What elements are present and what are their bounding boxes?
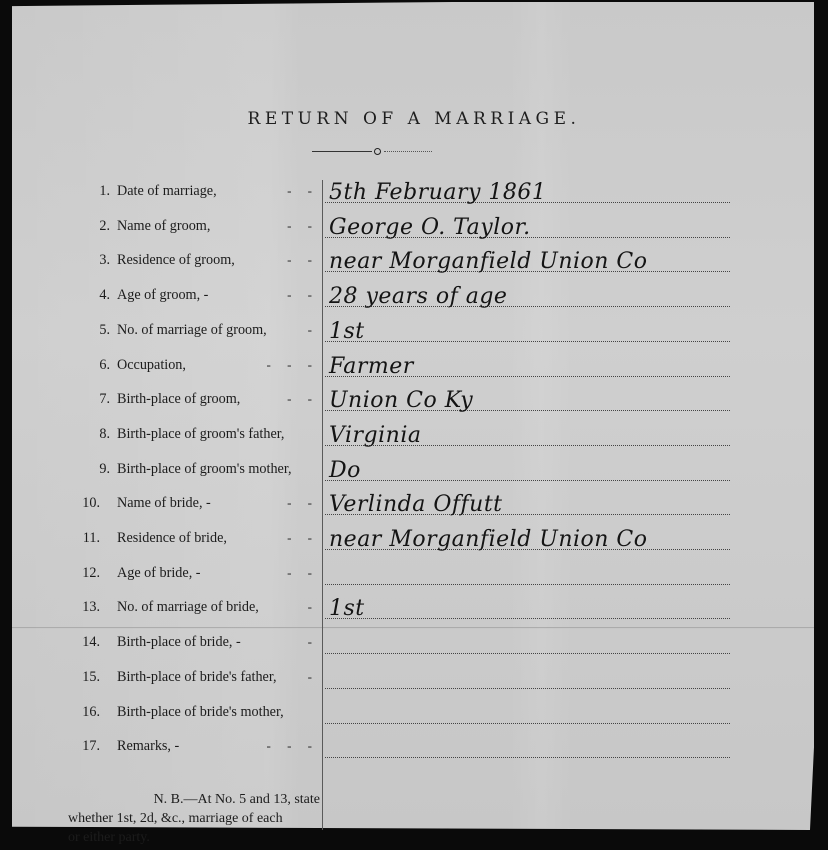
- handwritten-value: 5th February 1861: [329, 180, 546, 205]
- field-label-row: 2.Name of groom,- -: [0, 218, 318, 240]
- nb-footnote: N. B.—At No. 5 and 13, state whether 1st…: [80, 790, 320, 847]
- handwritten-value: George O. Taylor.: [329, 215, 531, 240]
- field-label: Name of bride, -: [117, 495, 211, 512]
- field-leader-dashes: - - -: [267, 738, 313, 754]
- field-leader-dashes: - -: [287, 565, 312, 581]
- field-number: 11.: [76, 530, 100, 547]
- field-label-row: 1.Date of marriage,- -: [0, 183, 318, 205]
- field-label: Birth-place of groom,: [117, 391, 240, 408]
- field-entry-line[interactable]: near Morganfield Union Co: [325, 242, 730, 272]
- field-label: Residence of groom,: [117, 252, 235, 269]
- dotted-rule: [325, 618, 730, 619]
- nb-line-2: whether 1st, 2d, &c., marriage of each: [68, 809, 320, 828]
- field-leader-dashes: -: [308, 322, 312, 338]
- handwritten-value: Verlinda Offutt: [329, 492, 503, 517]
- field-label: No. of marriage of groom,: [117, 322, 267, 339]
- field-number: 15.: [76, 669, 100, 686]
- field-label: Birth-place of bride's father,: [117, 669, 277, 686]
- field-number: 8.: [86, 426, 110, 443]
- field-label: Birth-place of groom's mother,: [117, 461, 292, 478]
- field-label-row: 17.Remarks, -- - -: [0, 738, 318, 760]
- field-label: Birth-place of bride, -: [117, 634, 241, 651]
- field-entry-line[interactable]: Virginia: [325, 416, 730, 446]
- dotted-rule: [325, 688, 730, 689]
- field-entry-line[interactable]: George O. Taylor.: [325, 208, 730, 238]
- field-number: 17.: [76, 738, 100, 755]
- field-entry-line[interactable]: 1st: [325, 589, 730, 619]
- field-number: 9.: [86, 461, 110, 478]
- field-label-row: 16.Birth-place of bride's mother,: [0, 704, 318, 726]
- field-entry-line[interactable]: 1st: [325, 312, 730, 342]
- field-label-row: 4.Age of groom, -- -: [0, 287, 318, 309]
- handwritten-value: Virginia: [329, 423, 422, 448]
- field-number: 6.: [86, 357, 110, 374]
- field-label: Residence of bride,: [117, 530, 227, 547]
- field-label-row: 8.Birth-place of groom's father,: [0, 426, 318, 448]
- dotted-rule: [325, 480, 730, 481]
- field-entry-line[interactable]: 5th February 1861: [325, 173, 730, 203]
- field-label-row: 11.Residence of bride,- -: [0, 530, 318, 552]
- field-leader-dashes: - -: [287, 252, 312, 268]
- field-label: Date of marriage,: [117, 183, 217, 200]
- field-leader-dashes: -: [308, 634, 312, 650]
- field-number: 12.: [76, 565, 100, 582]
- dotted-rule: [325, 723, 730, 724]
- field-number: 10.: [76, 495, 100, 512]
- field-label: Age of groom, -: [117, 287, 208, 304]
- field-label-row: 9.Birth-place of groom's mother,: [0, 461, 318, 483]
- dotted-rule: [325, 584, 730, 585]
- field-label-row: 15.Birth-place of bride's father,-: [0, 669, 318, 691]
- field-number: 5.: [86, 322, 110, 339]
- field-label: Name of groom,: [117, 218, 210, 235]
- column-divider: [322, 180, 323, 830]
- field-leader-dashes: - -: [287, 287, 312, 303]
- field-leader-dashes: -: [308, 669, 312, 685]
- field-number: 2.: [86, 218, 110, 235]
- handwritten-value: near Morganfield Union Co: [329, 249, 648, 274]
- field-entry-line[interactable]: near Morganfield Union Co: [325, 520, 730, 550]
- handwritten-value: 28 years of age: [329, 284, 507, 309]
- field-leader-dashes: - -: [287, 218, 312, 234]
- field-entry-line[interactable]: Union Co Ky: [325, 381, 730, 411]
- field-entry-line[interactable]: [325, 659, 730, 689]
- field-label-row: 12.Age of bride, -- -: [0, 565, 318, 587]
- field-leader-dashes: - -: [287, 495, 312, 511]
- field-leader-dashes: - -: [287, 183, 312, 199]
- field-label: Age of bride, -: [117, 565, 201, 582]
- field-entry-line[interactable]: Do: [325, 451, 730, 481]
- field-label-row: 14.Birth-place of bride, --: [0, 634, 318, 656]
- field-number: 16.: [76, 704, 100, 721]
- dotted-rule: [325, 653, 730, 654]
- nb-line-1: N. B.—At No. 5 and 13, state: [80, 790, 320, 809]
- handwritten-value: Union Co Ky: [329, 388, 473, 413]
- field-number: 13.: [76, 599, 100, 616]
- field-label-row: 10.Name of bride, -- -: [0, 495, 318, 517]
- dotted-rule: [325, 757, 730, 758]
- field-number: 7.: [86, 391, 110, 408]
- field-number: 14.: [76, 634, 100, 651]
- field-label-row: 13.No. of marriage of bride,-: [0, 599, 318, 621]
- handwritten-value: Do: [329, 458, 361, 483]
- field-label-row: 3.Residence of groom,- -: [0, 252, 318, 274]
- field-label-row: 6.Occupation,- - -: [0, 357, 318, 379]
- field-number: 1.: [86, 183, 110, 200]
- field-label: Occupation,: [117, 357, 186, 374]
- field-label: Remarks, -: [117, 738, 179, 755]
- field-label-row: 5.No. of marriage of groom,-: [0, 322, 318, 344]
- field-leader-dashes: -: [308, 599, 312, 615]
- field-entry-line[interactable]: [325, 694, 730, 724]
- field-label: Birth-place of groom's father,: [117, 426, 284, 443]
- field-leader-dashes: - - -: [267, 357, 313, 373]
- handwritten-value: near Morganfield Union Co: [329, 527, 648, 552]
- field-leader-dashes: - -: [287, 530, 312, 546]
- field-label-row: 7.Birth-place of groom,- -: [0, 391, 318, 413]
- dotted-rule: [325, 341, 730, 342]
- handwritten-value: 1st: [329, 596, 365, 621]
- field-entry-line[interactable]: [325, 555, 730, 585]
- field-entry-line[interactable]: Farmer: [325, 347, 730, 377]
- handwritten-value: Farmer: [329, 354, 414, 379]
- field-label: No. of marriage of bride,: [117, 599, 259, 616]
- handwritten-value: 1st: [329, 319, 365, 344]
- title-ornament-rule: [312, 150, 432, 154]
- field-entry-line[interactable]: [325, 624, 730, 654]
- field-entry-line[interactable]: Verlinda Offutt: [325, 485, 730, 515]
- field-number: 4.: [86, 287, 110, 304]
- document-title: RETURN OF A MARRIAGE.: [0, 109, 828, 129]
- field-label: Birth-place of bride's mother,: [117, 704, 284, 721]
- field-entry-line[interactable]: [325, 728, 730, 758]
- field-number: 3.: [86, 252, 110, 269]
- field-leader-dashes: - -: [287, 391, 312, 407]
- nb-line-3: or either party.: [68, 828, 320, 847]
- field-entry-line[interactable]: 28 years of age: [325, 277, 730, 307]
